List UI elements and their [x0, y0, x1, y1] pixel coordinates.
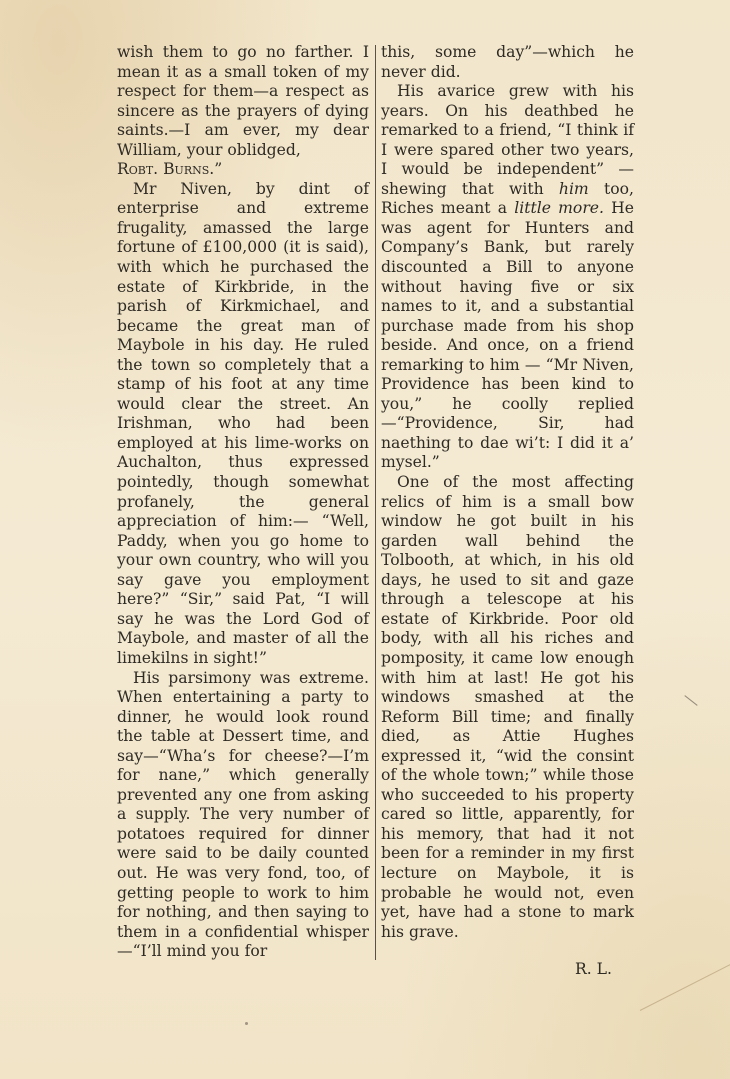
paragraph-avarice: His avarice grew with his years. On his …: [381, 82, 634, 473]
letter-closing-paragraph: wish them to go no farther. I mean it as…: [117, 43, 369, 160]
paragraph-niven-fortune: Mr Niven, by dint of enterprise and extr…: [117, 180, 369, 669]
left-text-column: wish them to go no farther. I mean it as…: [117, 43, 369, 962]
ink-mark: [684, 695, 697, 706]
right-text-column: this, some day”—which he never did. His …: [381, 43, 634, 980]
avarice-text-part-3: He was agent for Hunters and Company’s B…: [381, 199, 634, 471]
letter-signature: Robt. Burns.”: [117, 160, 369, 180]
emphasis-him: him: [559, 180, 589, 198]
paragraph-continuation: this, some day”—which he never did.: [381, 43, 634, 82]
scanned-page: wish them to go no farther. I mean it as…: [0, 0, 730, 1079]
author-initials: R. L.: [381, 960, 634, 980]
paragraph-parsimony: His parsimony was extreme. When entertai…: [117, 669, 369, 962]
emphasis-little-more: little more.: [514, 199, 604, 217]
column-divider-rule: [375, 45, 376, 960]
page-fold-crease: [640, 951, 730, 1011]
paragraph-bow-window: One of the most affecting relics of him …: [381, 473, 634, 942]
ink-speck: [245, 1022, 248, 1025]
